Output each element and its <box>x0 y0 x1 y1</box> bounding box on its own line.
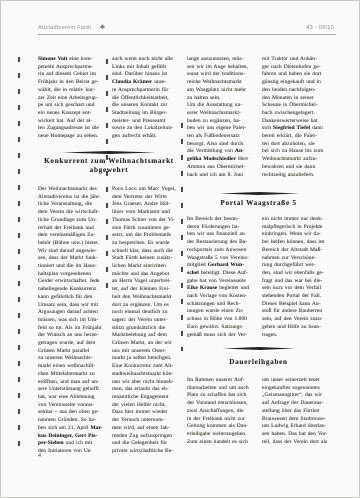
portal-heading: Portal Waagstraße 5 <box>187 199 330 208</box>
newsletter-page: Altstadtverein Fürth ♣ 43 - 09/10 Simone… <box>0 0 360 498</box>
weihnachtsmarkt-column-3: lange auszunutzen, müs- sen wir im Auge … <box>187 56 256 179</box>
page-number: 4 <box>38 453 41 459</box>
section-separator-dauerleihgaben <box>223 347 295 350</box>
portal-column-3: Im Bereich der beson- deren Förderungen … <box>187 216 256 339</box>
section-separator-weihnachtsmarkt <box>62 151 156 154</box>
homepage-article-column-2: auch wenn noch nicht alle Links mit Inha… <box>112 56 181 141</box>
scan-artifact-left-margin <box>18 57 20 449</box>
dauerleihgaben-heading: Dauerleihgaben <box>187 358 330 367</box>
dauerleihgaben-column-3: Im Rahmen unserer Auf- räumarbeiten und … <box>187 377 256 446</box>
clover-icon: ♣ <box>100 23 105 31</box>
homepage-article-column-1: Simone Voit eine kom- petente Ansprechpa… <box>38 56 107 141</box>
weihnachtsmarkt-column-1: Der Weihnachtsmarkt des Altstadtvereins … <box>38 186 107 456</box>
header-title: Altstadtverein Fürth <box>38 25 92 31</box>
section-separator-portal <box>219 192 299 195</box>
weihnachtsmarkt-heading: Konkurrent zum Weihnachtsmarkt abgewehrt <box>34 157 184 176</box>
issue-number: 43 - 09/10 <box>306 25 334 31</box>
weihnachtsmarkt-column-4: mit Traktor und Anhän- ger nach Dietenho… <box>262 56 331 179</box>
portal-column-4: ein nicht immer nur denk- malpflegerisch… <box>262 216 331 339</box>
weihnachtsmarkt-column-2: Poco Loco um Marc Vogel, dem Vertreter d… <box>112 186 181 456</box>
dauerleihgaben-column-4: um unser seinerzeit teuer eingekauftes s… <box>262 377 331 446</box>
header-rule <box>38 34 336 35</box>
